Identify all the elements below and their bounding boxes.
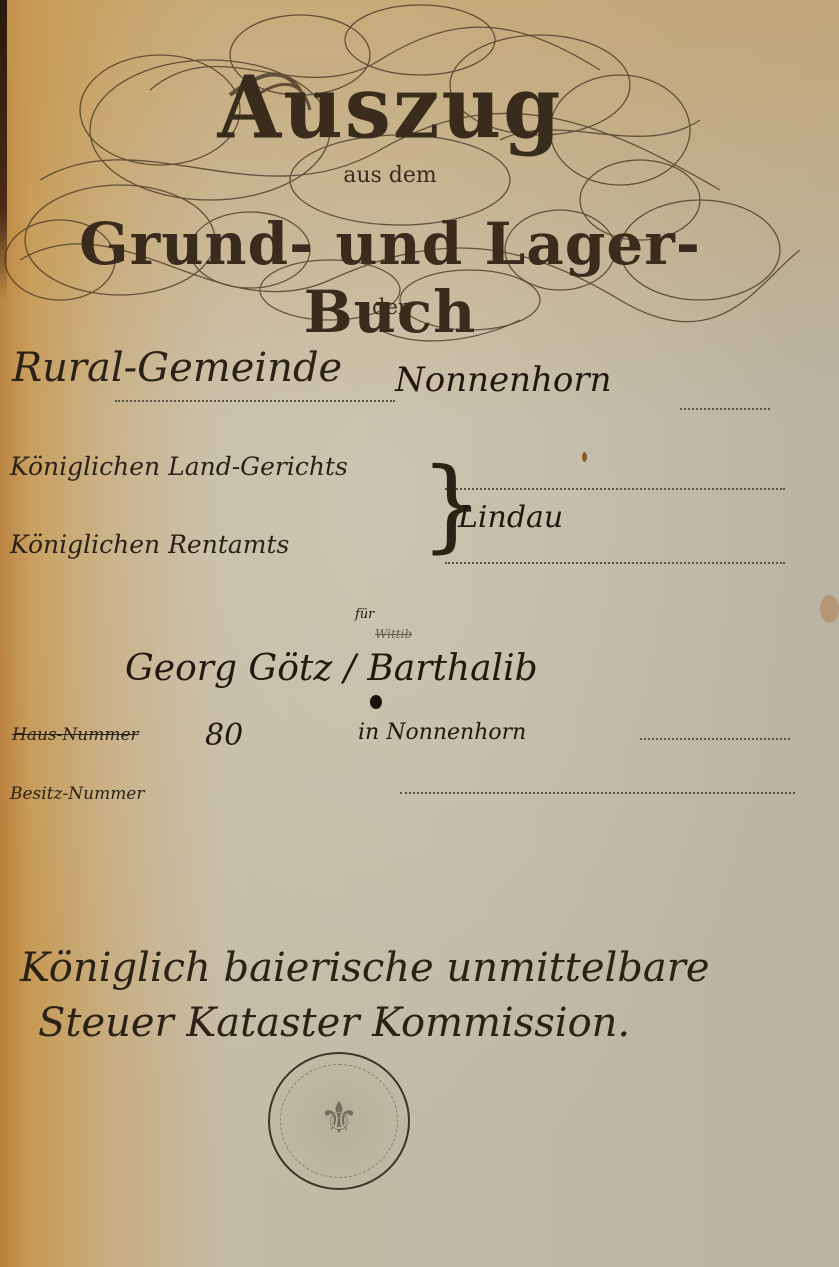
- rent-office-dotted-line: [445, 562, 785, 564]
- coat-of-arms-icon: ⚜: [312, 1084, 366, 1154]
- document-subtitle: aus dem: [310, 163, 470, 188]
- paper-stain-edge: [820, 595, 839, 623]
- book-title: Grund- und Lager-Buch: [60, 210, 720, 346]
- bracket-brace: }: [420, 455, 438, 565]
- document-page: Auszug aus dem Grund- und Lager-Buch der…: [0, 0, 839, 1267]
- house-number-value: 80: [205, 718, 243, 753]
- location-dotted-line: [640, 738, 790, 740]
- owner-name: Georg Götz / Barthalib: [125, 648, 538, 689]
- property-dotted-line: [400, 792, 795, 794]
- municipality-value: Nonnenhorn: [395, 360, 612, 400]
- court-label: Königlichen Land-Gerichts: [10, 452, 348, 481]
- rent-office-label: Königlichen Rentamts: [10, 530, 289, 559]
- house-number-label: Haus-Nummer: [12, 725, 139, 745]
- paper-stain: [582, 452, 587, 462]
- location-text: in Nonnenhorn: [358, 720, 526, 745]
- annotation-wittib-crossed: Wittib: [375, 627, 412, 641]
- annotation-fuer: für: [355, 607, 374, 622]
- title-connector: der: [340, 295, 440, 319]
- ink-blot: [370, 695, 382, 709]
- document-title: Auszug: [190, 58, 590, 159]
- municipality-dotted-line: [115, 400, 395, 402]
- district-value: Lindau: [458, 500, 563, 535]
- issuer-line-1: Königlich baierische unmittelbare: [20, 945, 710, 991]
- issuer-line-2: Steuer Kataster Kommission.: [38, 1000, 630, 1046]
- court-dotted-line: [445, 488, 785, 490]
- municipality-label: Rural-Gemeinde: [12, 345, 342, 391]
- official-seal: ⚜: [268, 1052, 410, 1190]
- property-number-label: Besitz-Nummer: [10, 784, 145, 804]
- municipality-dotted-line-end: [680, 408, 770, 410]
